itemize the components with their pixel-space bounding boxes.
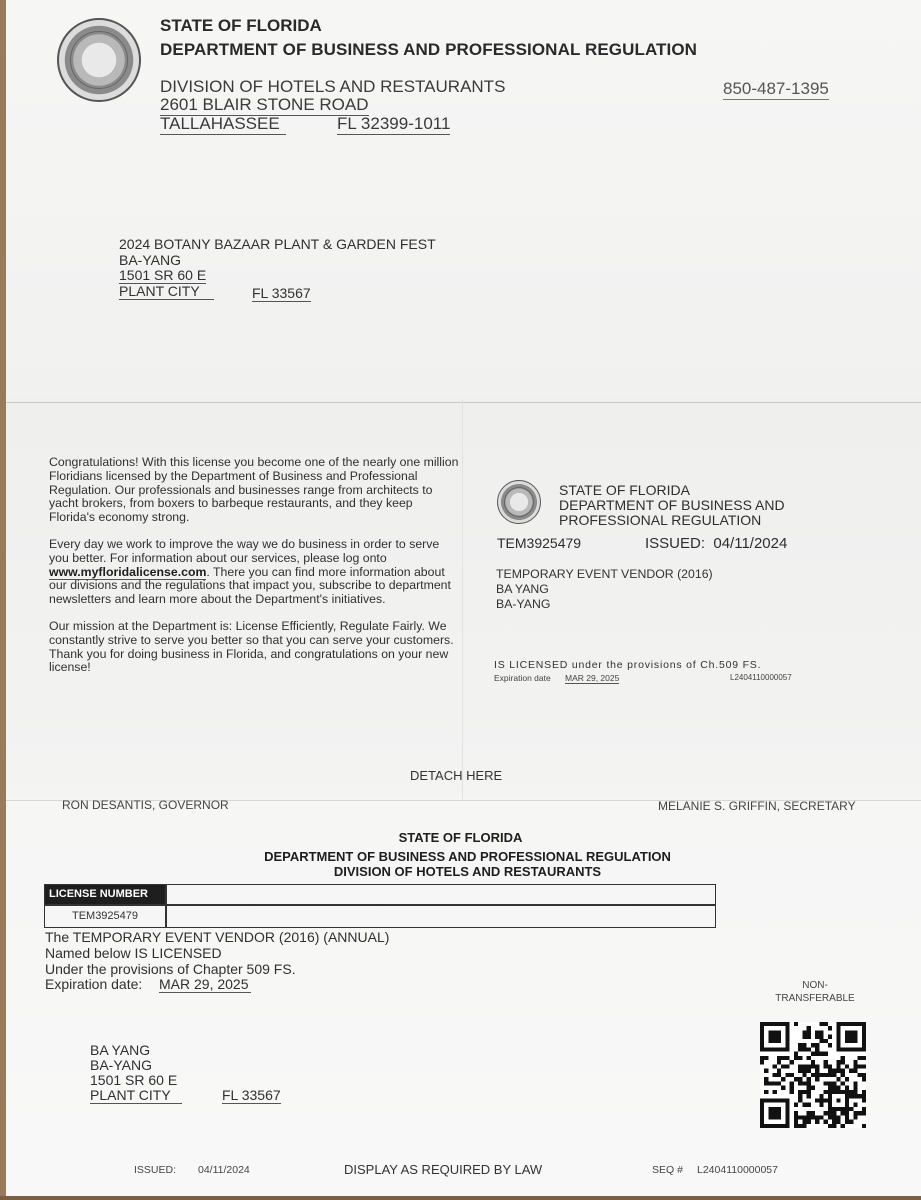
display-notice: DISPLAY AS REQUIRED BY LAW [344, 1162, 542, 1177]
table-divider [165, 885, 167, 927]
letter-paragraph-1: Congratulations! With this license you b… [49, 456, 459, 525]
recipient-street: 1501 SR 60 E [119, 267, 206, 284]
fold-line-vertical [462, 400, 463, 800]
wallet-card-license-number: TEM3925479 [497, 536, 581, 551]
letterhead-phone: 850-487-1395 [723, 79, 829, 100]
wallet-card-department-1: DEPARTMENT OF BUSINESS AND [559, 498, 785, 513]
wallet-card-expiration-date: MAR 29, 2025 [565, 673, 619, 684]
licensee-street: 1501 SR 60 E [90, 1072, 177, 1088]
certificate-line1: The TEMPORARY EVENT VENDOR (2016) (ANNUA… [45, 929, 389, 945]
governor-name: RON DESANTIS, GOVERNOR [62, 798, 229, 812]
secretary-name: MELANIE S. GRIFFIN, SECRETARY [658, 799, 856, 813]
wallet-card-issued: ISSUED: 04/11/2024 [645, 536, 787, 551]
fold-line-top [6, 402, 921, 403]
certificate-expiration-date: MAR 29, 2025 [159, 976, 251, 993]
wallet-card-seq: L2404110000057 [730, 673, 792, 682]
license-number-table: LICENSE NUMBER TEM3925479 [44, 884, 716, 928]
certificate-line3: Under the provisions of Chapter 509 FS. [45, 961, 296, 977]
detach-here-label: DETACH HERE [410, 768, 502, 783]
letterhead-state-zip: FL 32399-1011 [337, 114, 450, 135]
letterhead-state: STATE OF FLORIDA [160, 16, 322, 36]
letter-body: Congratulations! With this license you b… [49, 456, 459, 688]
recipient-city: PLANT CITY [119, 283, 214, 300]
wallet-card-licensed-text: IS LICENSED under the provisions of Ch.5… [494, 659, 761, 671]
letterhead-city: TALLAHASSEE [160, 114, 286, 135]
wallet-card-name2: BA-YANG [496, 597, 550, 612]
non-transferable-line2: TRANSFERABLE [760, 993, 870, 1004]
letter-paragraph-2-text: Every day we work to improve the way we … [49, 537, 439, 565]
letterhead-department: DEPARTMENT OF BUSINESS AND PROFESSIONAL … [160, 40, 697, 60]
wallet-card-department-2: PROFESSIONAL REGULATION [559, 513, 761, 528]
footer-issued-date: 04/11/2024 [198, 1164, 250, 1176]
footer-issued-label: ISSUED: [134, 1164, 176, 1176]
licensee-city: PLANT CITY [90, 1087, 182, 1104]
licensee-name1: BA YANG [90, 1042, 150, 1058]
letter-paragraph-2: Every day we work to improve the way we … [49, 538, 459, 607]
footer-seq-label: SEQ # [652, 1164, 683, 1176]
license-number-value: TEM3925479 [45, 906, 165, 926]
recipient-line1: 2024 BOTANY BAZAAR PLANT & GARDEN FEST [119, 236, 436, 252]
wallet-card-issued-label: ISSUED: [645, 535, 705, 552]
wallet-card-issued-date: 04/11/2024 [713, 535, 787, 552]
certificate-state: STATE OF FLORIDA [0, 830, 921, 845]
licensee-name2: BA-YANG [90, 1057, 152, 1073]
wallet-card-expiration-label: Expiration date [494, 673, 551, 683]
certificate-line2: Named below IS LICENSED [45, 945, 222, 961]
qr-code-icon [760, 1022, 866, 1128]
paper-edge-bottom [0, 1196, 921, 1200]
wallet-card-seal-icon [497, 480, 541, 524]
state-seal-icon [57, 18, 141, 102]
website-link[interactable]: www.myfloridalicense.com [49, 565, 206, 580]
wallet-card-license-type: TEMPORARY EVENT VENDOR (2016) [496, 567, 713, 582]
non-transferable-line1: NON- [760, 980, 870, 991]
footer-seq: L2404110000057 [697, 1164, 778, 1176]
certificate-expiration-label: Expiration date: [45, 976, 142, 992]
recipient-line2: BA-YANG [119, 252, 181, 268]
recipient-state-zip: FL 33567 [252, 285, 311, 302]
licensee-state-zip: FL 33567 [222, 1087, 281, 1104]
wallet-card-name1: BA YANG [496, 582, 549, 597]
certificate-division: DIVISION OF HOTELS AND RESTAURANTS [0, 864, 921, 879]
license-number-header: LICENSE NUMBER [45, 885, 165, 904]
certificate-department: DEPARTMENT OF BUSINESS AND PROFESSIONAL … [0, 849, 921, 864]
letter-paragraph-3: Our mission at the Department is: Licens… [49, 620, 459, 675]
letterhead-division: DIVISION OF HOTELS AND RESTAURANTS [160, 77, 505, 97]
wallet-card-state: STATE OF FLORIDA [559, 483, 690, 498]
letterhead-street: 2601 BLAIR STONE ROAD [160, 95, 369, 116]
